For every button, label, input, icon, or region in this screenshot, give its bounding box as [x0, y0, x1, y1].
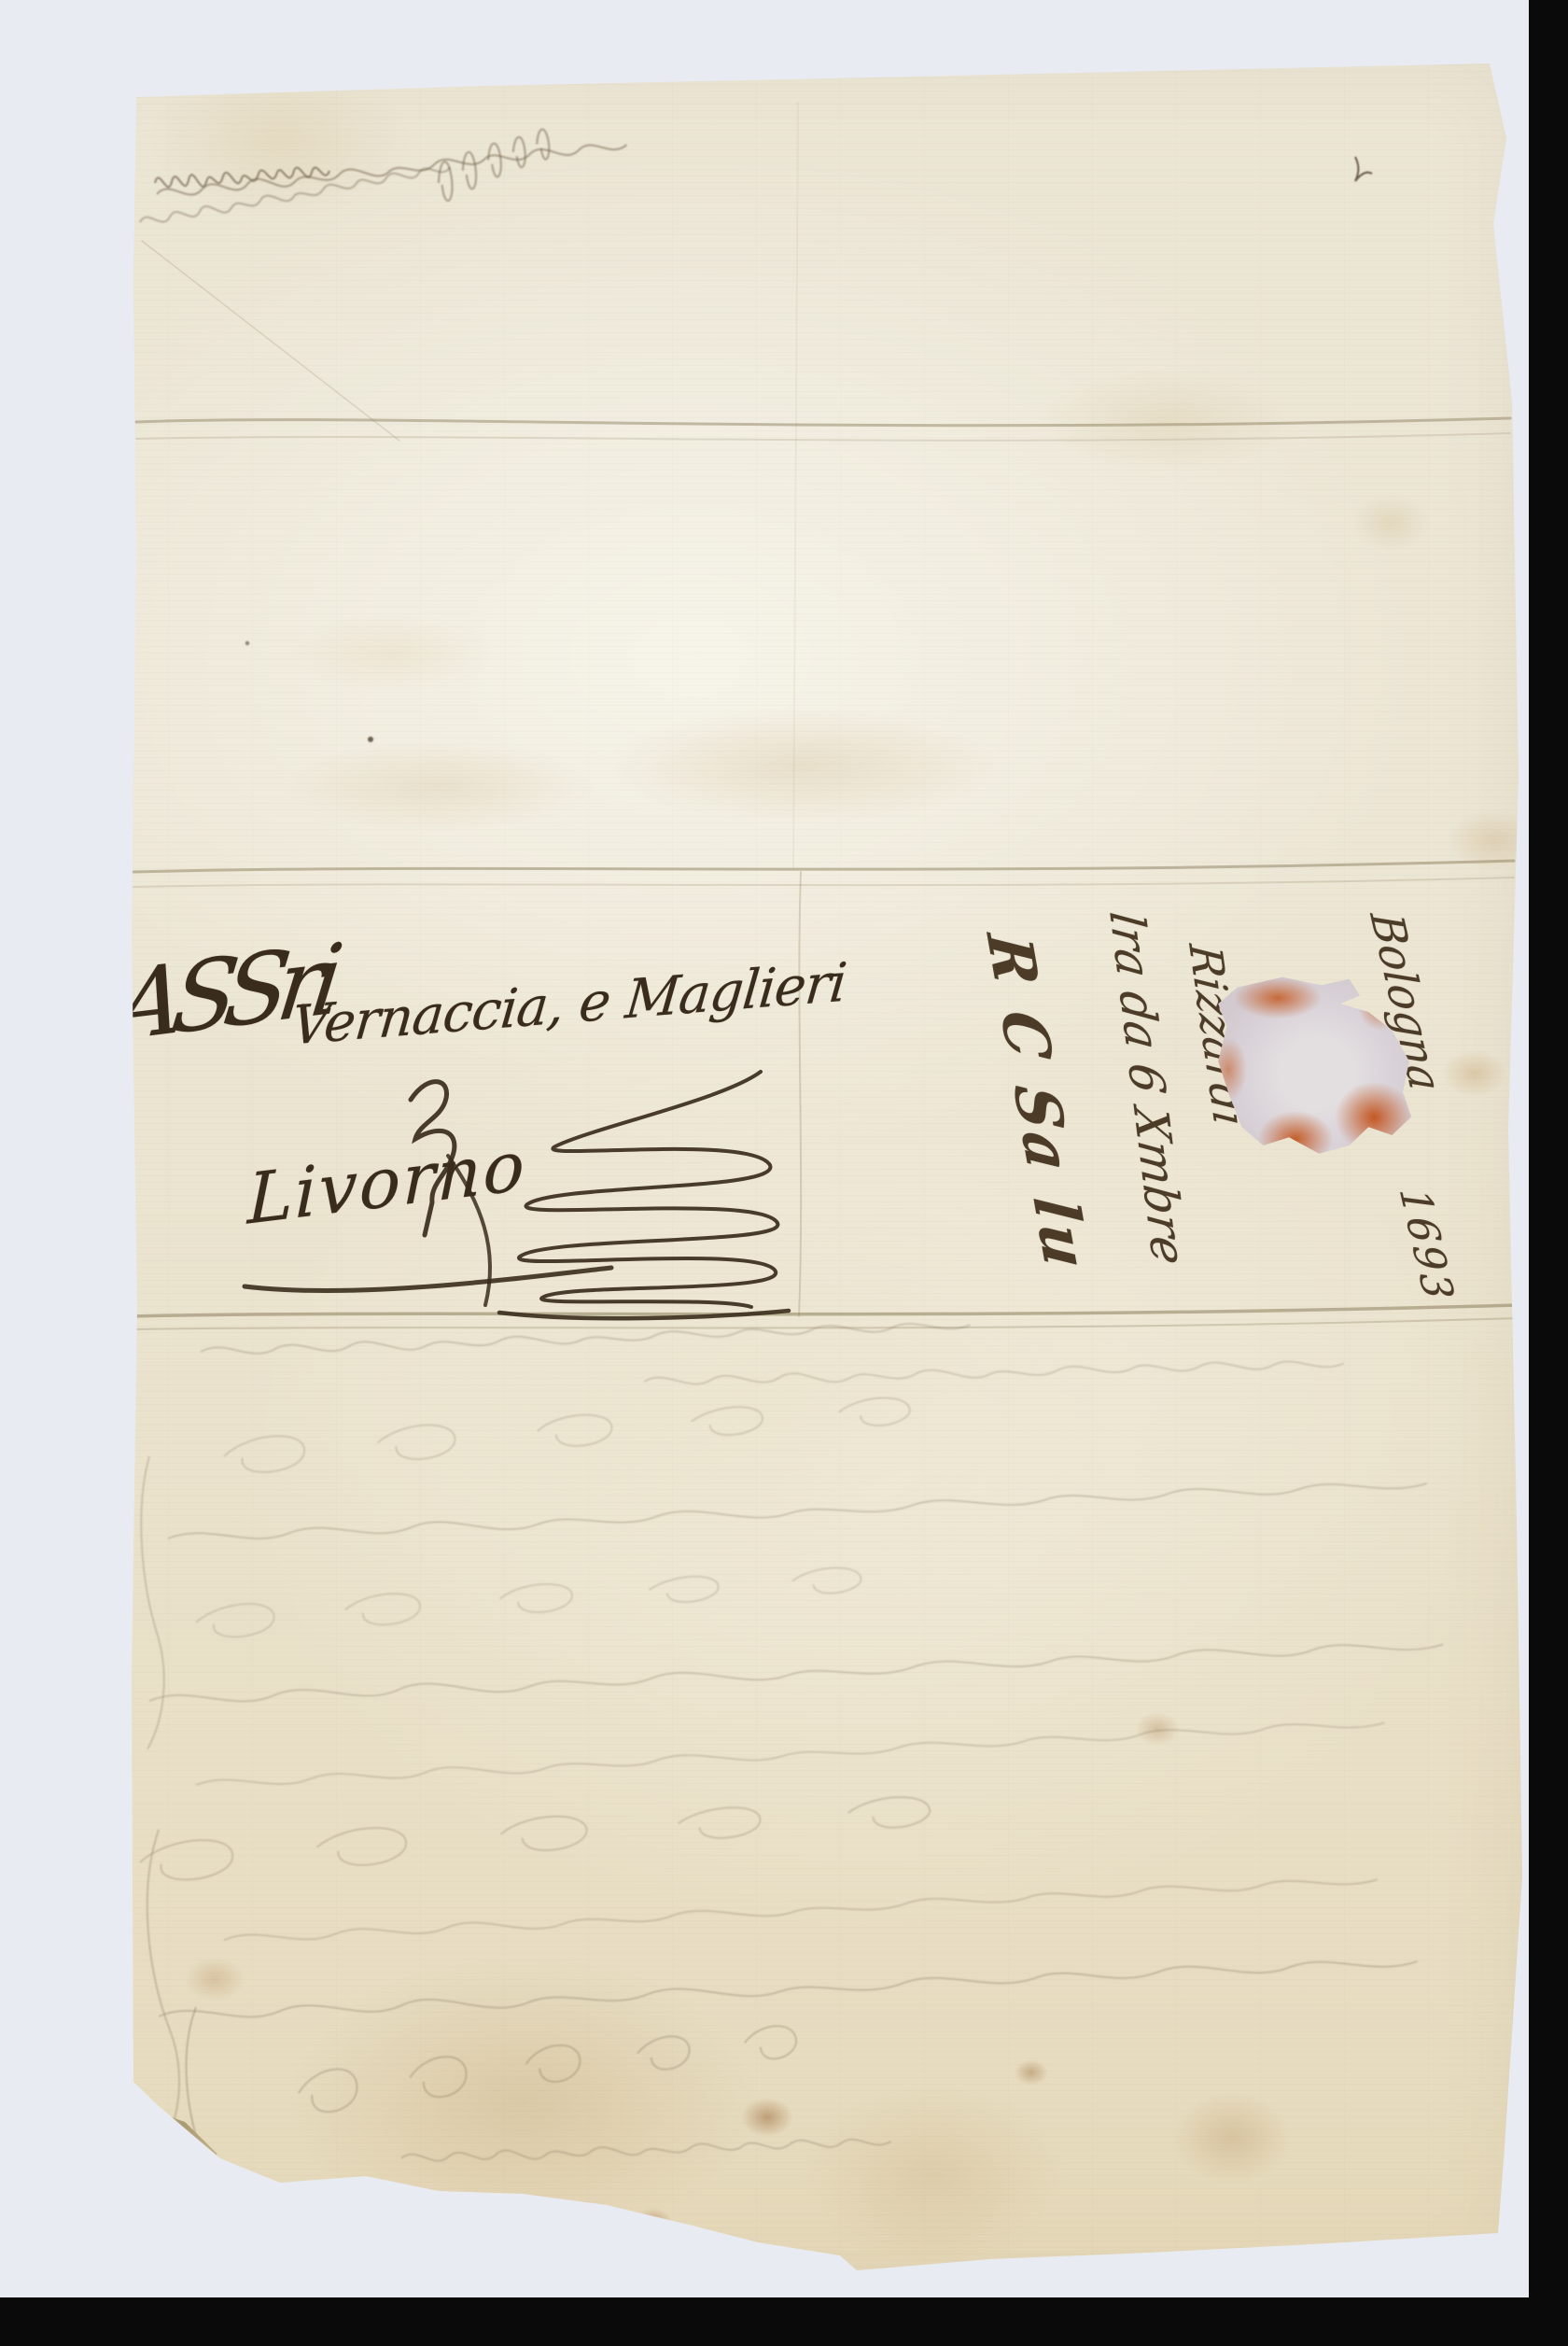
scan-border-right — [1529, 0, 1568, 2346]
scanned-letter-photo: ASSri Vernaccia, e Maglieri Livorno Rizz… — [0, 0, 1568, 2346]
ink-bleedthrough-lines — [104, 1321, 1443, 2264]
address-flourish — [359, 1044, 807, 1324]
letter-paper: ASSri Vernaccia, e Maglieri Livorno Rizz… — [0, 0, 1568, 2346]
faded-inscription-top-left — [139, 129, 627, 228]
ink-mark-top-right — [1355, 157, 1372, 181]
scan-border-bottom — [0, 2297, 1568, 2346]
